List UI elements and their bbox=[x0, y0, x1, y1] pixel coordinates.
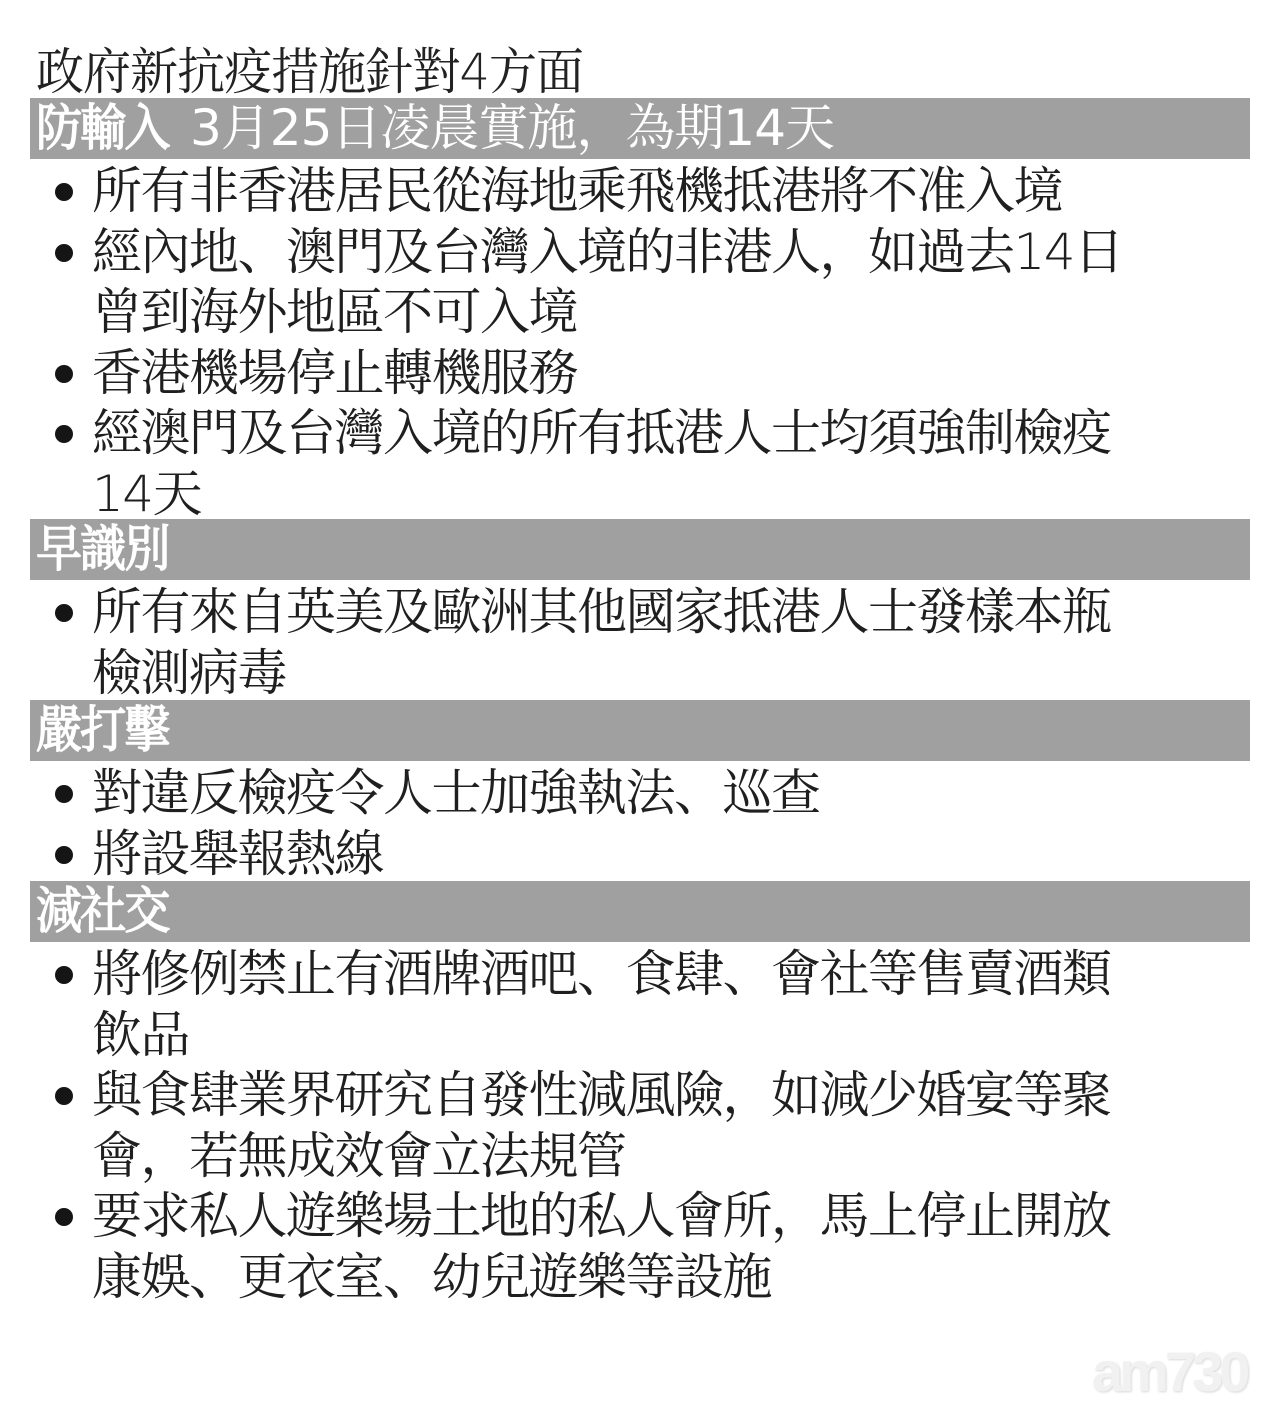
list-item-text: 經澳門及台灣入境的所有抵港人士均須強制檢疫 bbox=[92, 403, 1250, 464]
section-heading: 減社交 bbox=[36, 881, 168, 942]
bullet-icon bbox=[55, 1208, 73, 1226]
bullet-icon bbox=[55, 604, 73, 622]
section-heading-band: 減社交 bbox=[30, 881, 1250, 942]
list-item-text: 經內地、澳門及台灣入境的非港人，如過去14日 bbox=[92, 222, 1250, 283]
section-heading-band: 防輸入3月25日凌晨實施，為期14天 bbox=[30, 98, 1250, 159]
list-item: 所有非香港居民從海地乘飛機抵港將不准入境 bbox=[30, 161, 1250, 222]
page-title: 政府新抗疫措施針對4方面 bbox=[36, 42, 583, 102]
list-item-text: 要求私人遊樂場土地的私人會所，馬上停止開放 bbox=[92, 1186, 1250, 1247]
bullet-icon bbox=[55, 966, 73, 984]
list-item: 將設舉報熱線 bbox=[30, 824, 1250, 885]
am730-logo-watermark-icon: am730 bbox=[1092, 1342, 1262, 1402]
list-item: 要求私人遊樂場土地的私人會所，馬上停止開放 康娛、更衣室、幼兒遊樂等設施 bbox=[30, 1186, 1250, 1307]
list-item-text-continued: 14天 bbox=[92, 464, 1250, 525]
list-item: 將修例禁止有酒牌酒吧、食肆、會社等售賣酒類 飲品 bbox=[30, 944, 1250, 1065]
list-item-text-continued: 會，若無成效會立法規管 bbox=[92, 1126, 1250, 1187]
list-item-text-continued: 檢測病毒 bbox=[92, 643, 1250, 704]
section-prevent-import: 防輸入3月25日凌晨實施，為期14天 所有非香港居民從海地乘飛機抵港將不准入境 … bbox=[30, 98, 1250, 524]
list-item-text-continued: 曾到海外地區不可入境 bbox=[92, 282, 1250, 343]
list-item-text: 所有非香港居民從海地乘飛機抵港將不准入境 bbox=[92, 161, 1250, 222]
section-heading-band: 嚴打擊 bbox=[30, 700, 1250, 761]
section-heading: 防輸入 bbox=[36, 98, 168, 159]
section-subheading: 3月25日凌晨實施，為期14天 bbox=[190, 99, 834, 157]
list-item-text: 與食肆業界研究自發性減風險，如減少婚宴等聚 bbox=[92, 1065, 1250, 1126]
list-item-text: 香港機場停止轉機服務 bbox=[92, 343, 1250, 404]
section-heading: 早識別 bbox=[36, 519, 168, 580]
infographic-page: 政府新抗疫措施針對4方面 防輸入3月25日凌晨實施，為期14天 所有非香港居民從… bbox=[0, 0, 1280, 1424]
section-early-identification: 早識別 所有來自英美及歐洲其他國家抵港人士發樣本瓶 檢測病毒 bbox=[30, 519, 1250, 703]
list-item: 對違反檢疫令人士加強執法、巡查 bbox=[30, 763, 1250, 824]
list-item: 經內地、澳門及台灣入境的非港人，如過去14日 曾到海外地區不可入境 bbox=[30, 222, 1250, 343]
list-item-text: 將修例禁止有酒牌酒吧、食肆、會社等售賣酒類 bbox=[92, 944, 1250, 1005]
bullet-icon bbox=[55, 365, 73, 383]
bullet-icon bbox=[55, 425, 73, 443]
list-item-text: 對違反檢疫令人士加強執法、巡查 bbox=[92, 763, 1250, 824]
bullet-list: 對違反檢疫令人士加強執法、巡查 將設舉報熱線 bbox=[30, 763, 1250, 884]
section-heading-band: 早識別 bbox=[30, 519, 1250, 580]
bullet-icon bbox=[55, 846, 73, 864]
bullet-icon bbox=[55, 183, 73, 201]
bullet-list: 所有來自英美及歐洲其他國家抵港人士發樣本瓶 檢測病毒 bbox=[30, 582, 1250, 703]
bullet-list: 將修例禁止有酒牌酒吧、食肆、會社等售賣酒類 飲品 與食肆業界研究自發性減風險，如… bbox=[30, 944, 1250, 1307]
section-crackdown: 嚴打擊 對違反檢疫令人士加強執法、巡查 將設舉報熱線 bbox=[30, 700, 1250, 884]
list-item: 經澳門及台灣入境的所有抵港人士均須強制檢疫 14天 bbox=[30, 403, 1250, 524]
list-item: 香港機場停止轉機服務 bbox=[30, 343, 1250, 404]
list-item-text-continued: 飲品 bbox=[92, 1005, 1250, 1066]
list-item-text: 所有來自英美及歐洲其他國家抵港人士發樣本瓶 bbox=[92, 582, 1250, 643]
list-item-text: 將設舉報熱線 bbox=[92, 824, 1250, 885]
section-reduce-social-contact: 減社交 將修例禁止有酒牌酒吧、食肆、會社等售賣酒類 飲品 與食肆業界研究自發性減… bbox=[30, 881, 1250, 1307]
section-heading: 嚴打擊 bbox=[36, 700, 168, 761]
list-item-text-continued: 康娛、更衣室、幼兒遊樂等設施 bbox=[92, 1247, 1250, 1308]
list-item: 與食肆業界研究自發性減風險，如減少婚宴等聚 會，若無成效會立法規管 bbox=[30, 1065, 1250, 1186]
bullet-list: 所有非香港居民從海地乘飛機抵港將不准入境 經內地、澳門及台灣入境的非港人，如過去… bbox=[30, 161, 1250, 524]
bullet-icon bbox=[55, 244, 73, 262]
bullet-icon bbox=[55, 785, 73, 803]
list-item: 所有來自英美及歐洲其他國家抵港人士發樣本瓶 檢測病毒 bbox=[30, 582, 1250, 703]
bullet-icon bbox=[55, 1087, 73, 1105]
